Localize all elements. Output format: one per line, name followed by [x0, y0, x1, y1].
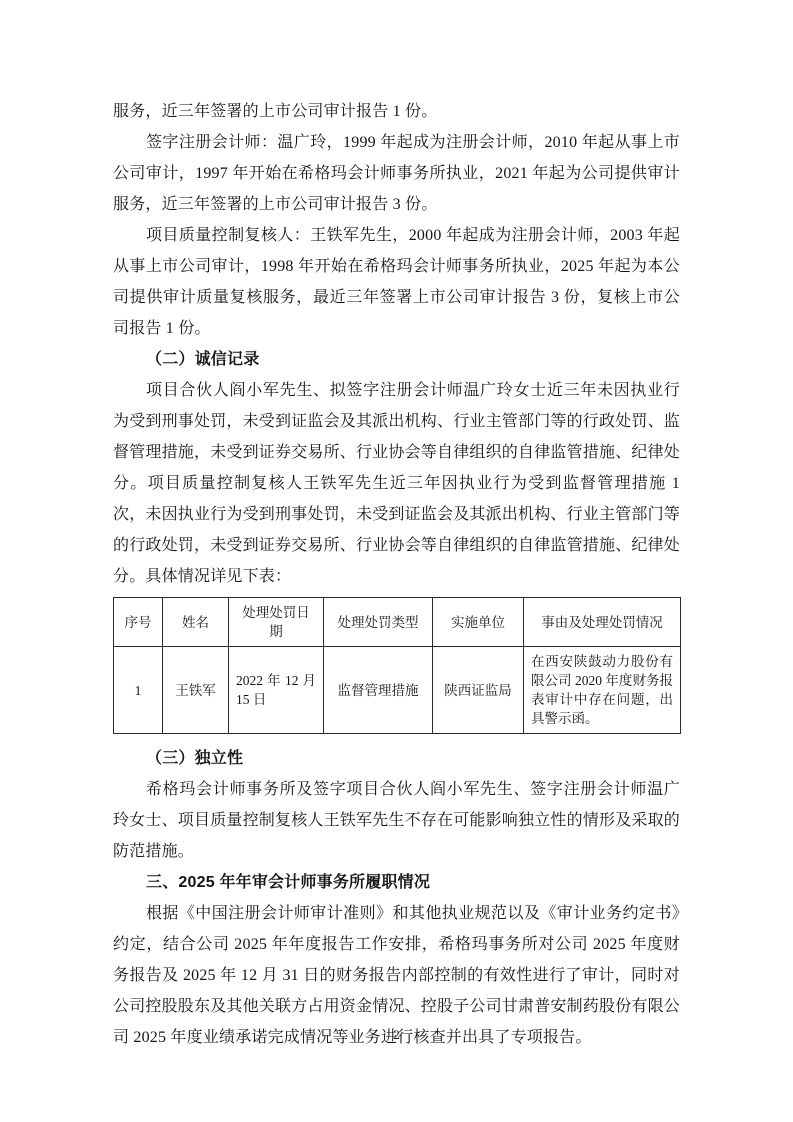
table-header-name: 姓名: [163, 598, 229, 647]
table-cell-penalty-date: 2022 年 12 月 15 日: [229, 647, 324, 734]
paragraph-signing-cpa: 签字注册会计师：温广玲，1999 年起成为注册会计师，2010 年起从事上市公司…: [113, 127, 680, 220]
table-header-implementing-unit: 实施单位: [433, 598, 524, 647]
table-cell-seq: 1: [114, 647, 163, 734]
document-page: 服务，近三年签署的上市公司审计报告 1 份。 签字注册会计师：温广玲，1999 …: [0, 0, 793, 1122]
table-cell-cause-and-result: 在西安陕鼓动力股份有限公司 2020 年度财务报表审计中存在问题，出具警示函。: [524, 647, 681, 734]
heading-auditor-performance: 三、2025 年年审会计师事务所履职情况: [113, 867, 680, 898]
paragraph-independence: 希格玛会计师事务所及签字项目合伙人阎小军先生、签字注册会计师温广玲女士、项目质量…: [113, 774, 680, 867]
table-cell-penalty-type: 监督管理措施: [324, 647, 433, 734]
table-header-penalty-type: 处理处罚类型: [324, 598, 433, 647]
table-header-seq: 序号: [114, 598, 163, 647]
page-content: 服务，近三年签署的上市公司审计报告 1 份。 签字注册会计师：温广玲，1999 …: [113, 96, 680, 1053]
paragraph-service-continuation: 服务，近三年签署的上市公司审计报告 1 份。: [113, 96, 680, 127]
table-cell-implementing-unit: 陕西证监局: [433, 647, 524, 734]
penalty-record-table: 序号 姓名 处理处罚日期 处理处罚类型 实施单位 事由及处理处罚情况 1 王铁军…: [113, 597, 681, 734]
page-number: 2: [0, 1026, 793, 1044]
heading-independence: （三）独立性: [113, 743, 680, 774]
table-row: 1 王铁军 2022 年 12 月 15 日 监督管理措施 陕西证监局 在西安陕…: [114, 647, 681, 734]
heading-integrity-record: （二）诚信记录: [113, 344, 680, 375]
paragraph-integrity-record: 项目合伙人阎小军先生、拟签字注册会计师温广玲女士近三年未因执业行为受到刑事处罚，…: [113, 375, 680, 592]
table-header-row: 序号 姓名 处理处罚日期 处理处罚类型 实施单位 事由及处理处罚情况: [114, 598, 681, 647]
paragraph-quality-reviewer: 项目质量控制复核人：王铁军先生，2000 年起成为注册会计师，2003 年起从事…: [113, 220, 680, 344]
table-cell-name: 王铁军: [163, 647, 229, 734]
table-header-cause-and-result: 事由及处理处罚情况: [524, 598, 681, 647]
table-header-penalty-date: 处理处罚日期: [229, 598, 324, 647]
